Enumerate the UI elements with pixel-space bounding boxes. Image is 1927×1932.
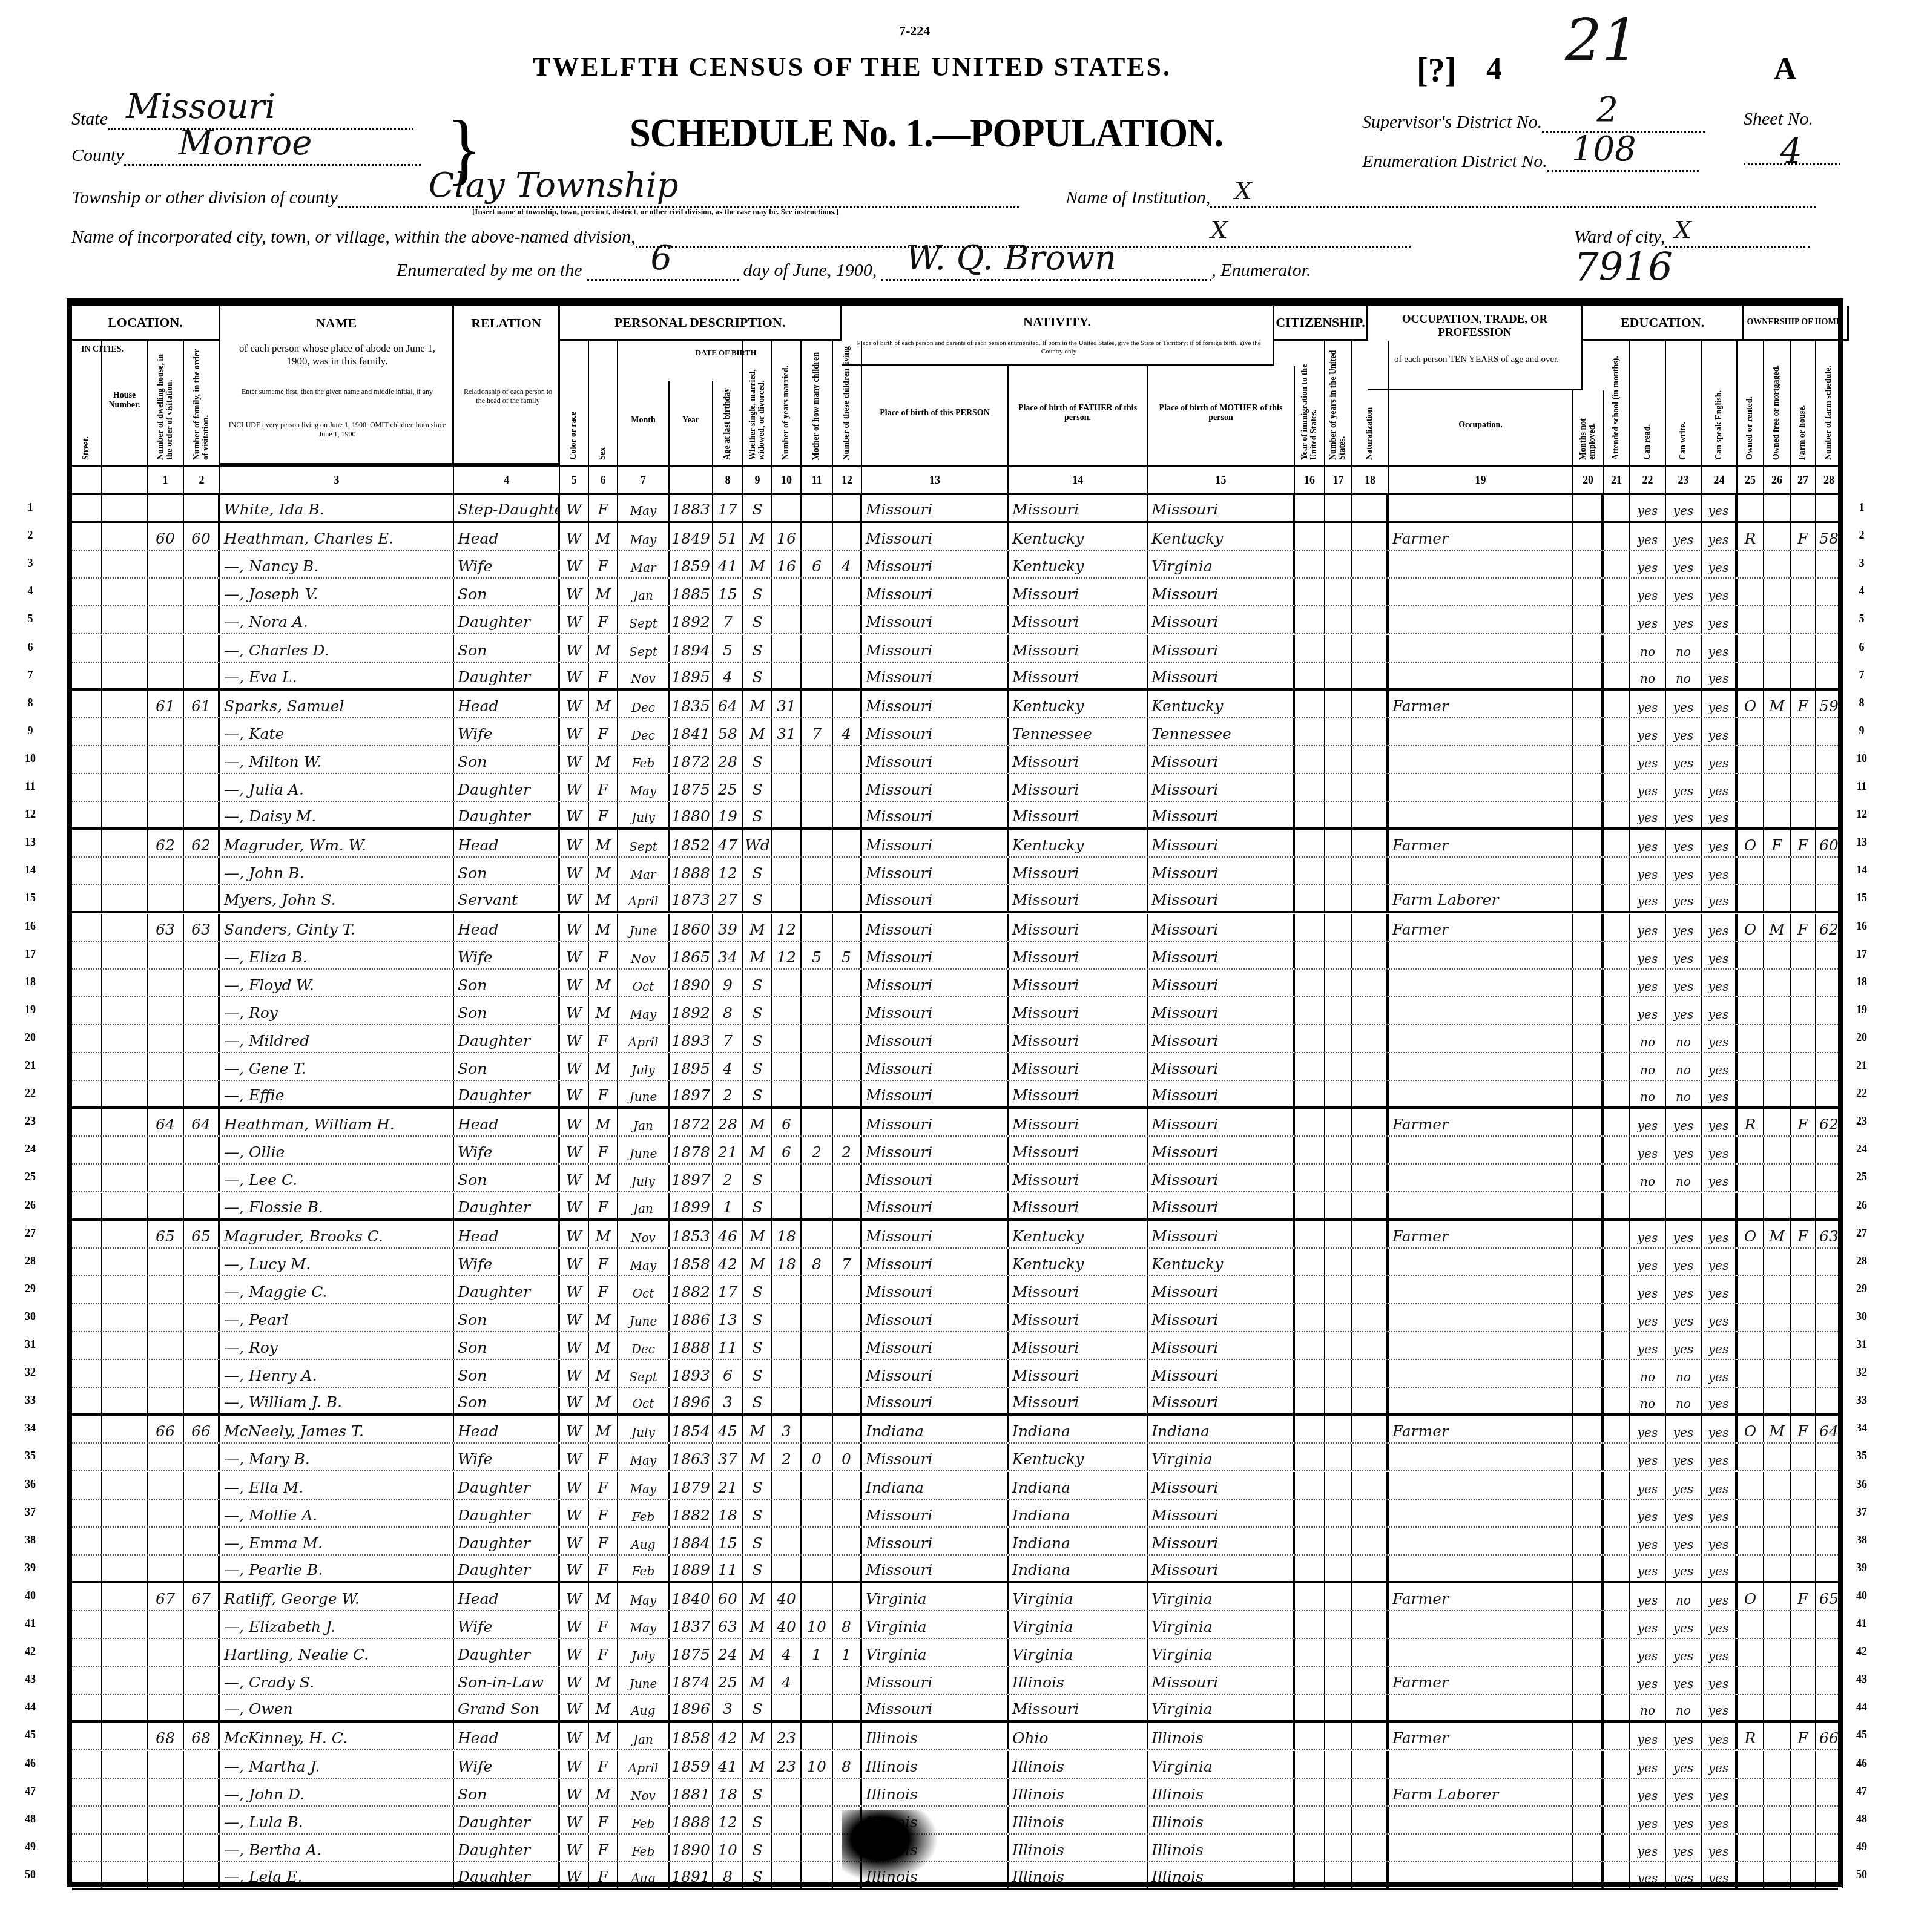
cell-school — [1604, 1751, 1630, 1778]
cell-imm — [1295, 1053, 1325, 1080]
cell-birth-father: Missouri — [1009, 1165, 1148, 1191]
cell-relation: Daughter — [454, 1025, 560, 1052]
table-row: —, RoySonWMMay18928SMissouriMissouriMiss… — [72, 997, 1838, 1025]
cell-dwelling — [148, 942, 184, 968]
cell-owned — [1738, 746, 1764, 773]
cell-not-employed — [1573, 1109, 1604, 1135]
line-number-left: 14 — [18, 864, 42, 876]
sheet-side: A — [1774, 51, 1797, 87]
cell-years-us — [1325, 718, 1352, 745]
cell-farm: F — [1791, 914, 1816, 941]
column-number: 7 — [618, 465, 670, 495]
cell-name: —, Pearl — [220, 1304, 454, 1331]
cell-marital: M — [743, 1444, 772, 1470]
cell-birth-person: Virginia — [862, 1611, 1009, 1638]
cell-relation: Wife — [454, 551, 560, 577]
cell-marital: S — [743, 1807, 772, 1833]
cell-year: 1889 — [670, 1556, 713, 1581]
cell-yrs-married — [772, 1193, 802, 1218]
cell-name: —, Nancy B. — [220, 551, 454, 577]
cell-occupation: Farmer — [1389, 830, 1573, 856]
cell-sex: M — [589, 1053, 618, 1080]
cell-sex: F — [589, 1751, 618, 1778]
cell-month: May — [618, 1444, 670, 1470]
cell-street — [72, 1611, 102, 1638]
line-number-right: 20 — [1850, 1031, 1874, 1044]
cell-year: 1886 — [670, 1304, 713, 1331]
cell-birth-father: Kentucky — [1009, 830, 1148, 856]
column-number: 27 — [1791, 465, 1816, 495]
cell-dwelling — [148, 1472, 184, 1499]
cell-dwelling — [148, 635, 184, 662]
cell-write: yes — [1666, 858, 1702, 884]
cell-race: W — [560, 1332, 589, 1359]
cell-english: yes — [1702, 858, 1738, 884]
cell-marital: S — [743, 1276, 772, 1303]
cell-age: 19 — [713, 802, 743, 827]
cell-name: —, Kate — [220, 718, 454, 745]
cell-street — [72, 1472, 102, 1499]
table-row: White, Ida B.Step-DaughterWFMay188317SMi… — [72, 495, 1838, 523]
table-row: 6868McKinney, H. C.HeadWMJan185842M23Ill… — [72, 1723, 1838, 1750]
cell-mortgage: M — [1764, 1221, 1791, 1247]
column-header-label: Number of farm schedule. — [1824, 366, 1833, 460]
cell-month: Mar — [618, 858, 670, 884]
cell-dwelling — [148, 1025, 184, 1052]
cell-race: W — [560, 1137, 589, 1163]
line-number-left: 38 — [18, 1534, 42, 1546]
column-header-owned: Owned or rented. — [1738, 341, 1764, 465]
cell-street — [72, 663, 102, 688]
cell-name: —, John B. — [220, 858, 454, 884]
cell-mother-of — [802, 1109, 833, 1135]
cell-school — [1604, 774, 1630, 801]
cell-marital: S — [743, 1304, 772, 1331]
cell-sex: M — [589, 1332, 618, 1359]
cell-school — [1604, 1360, 1630, 1387]
cell-yrs-married: 4 — [772, 1667, 802, 1694]
cell-owned — [1738, 1556, 1764, 1581]
group-relation-title: RELATION — [471, 315, 541, 331]
cell-family — [184, 718, 220, 745]
cell-occupation — [1389, 1835, 1573, 1861]
cell-imm — [1295, 1165, 1325, 1191]
cell-farm-sched — [1816, 1528, 1843, 1554]
table-row: 6161Sparks, SamuelHeadWMDec183564M31Miss… — [72, 691, 1838, 718]
cell-english: yes — [1702, 1639, 1738, 1666]
cell-month: June — [618, 1081, 670, 1106]
cell-birth-father: Indiana — [1009, 1528, 1148, 1554]
cell-family — [184, 802, 220, 827]
cell-relation: Son-in-Law — [454, 1667, 560, 1694]
county-label: County — [71, 145, 124, 166]
table-row: —, Floyd W.SonWMOct18909SMissouriMissour… — [72, 970, 1838, 997]
cell-years-us — [1325, 1611, 1352, 1638]
cell-nat — [1352, 942, 1389, 968]
institution-label: Name of Institution, — [1066, 188, 1210, 208]
cell-birth-person: Missouri — [862, 1304, 1009, 1331]
page-number: 21 — [1565, 6, 1639, 74]
column-header-occupation: Occupation. — [1389, 390, 1573, 465]
line-number-right: 5 — [1850, 613, 1874, 625]
cell-sex: M — [589, 914, 618, 941]
line-number-right: 47 — [1850, 1785, 1874, 1798]
enumerator-name: W. Q. Brown — [906, 238, 1116, 278]
cell-marital: M — [743, 1137, 772, 1163]
cell-street — [72, 970, 102, 996]
cell-yrs-married: 18 — [772, 1221, 802, 1247]
column-header-race: Color or race — [560, 341, 589, 465]
cell-mortgage — [1764, 858, 1791, 884]
cell-read: yes — [1630, 1276, 1666, 1303]
cell-mother-of: 10 — [802, 1751, 833, 1778]
cell-race: W — [560, 1053, 589, 1080]
enumerated-day: 6 — [651, 238, 673, 278]
column-header-label: Whether single, married, widowed, or div… — [748, 342, 767, 460]
cell-years-us — [1325, 1500, 1352, 1526]
cell-not-employed — [1573, 1193, 1604, 1218]
cell-read: no — [1630, 663, 1666, 688]
table-row: 6464Heathman, William H.HeadWMJan187228M… — [72, 1109, 1838, 1137]
cell-sex: F — [589, 1500, 618, 1526]
cell-month: Feb — [618, 1556, 670, 1581]
cell-family — [184, 746, 220, 773]
cell-not-employed — [1573, 997, 1604, 1024]
cell-owned — [1738, 1779, 1764, 1805]
cell-age: 34 — [713, 942, 743, 968]
cell-house — [102, 774, 148, 801]
table-row: —, Nancy B.WifeWFMar185941M1664MissouriK… — [72, 551, 1838, 579]
cell-month: Feb — [618, 1500, 670, 1526]
cell-birth-mother: Missouri — [1148, 1332, 1295, 1359]
cell-write: yes — [1666, 1807, 1702, 1833]
cell-birth-mother: Missouri — [1148, 997, 1295, 1024]
cell-years-us — [1325, 1304, 1352, 1331]
cell-not-employed — [1573, 858, 1604, 884]
cell-english: yes — [1702, 1109, 1738, 1135]
cell-dwelling: 62 — [148, 830, 184, 856]
cell-race: W — [560, 914, 589, 941]
line-number-left: 15 — [18, 892, 42, 904]
cell-relation: Head — [454, 914, 560, 941]
cell-mortgage — [1764, 997, 1791, 1024]
cell-sex: M — [589, 1667, 618, 1694]
cell-relation: Daughter — [454, 774, 560, 801]
cell-relation: Daughter — [454, 1472, 560, 1499]
cell-years-us — [1325, 1751, 1352, 1778]
cell-imm — [1295, 1500, 1325, 1526]
cell-street — [72, 830, 102, 856]
cell-house — [102, 997, 148, 1024]
cell-mortgage — [1764, 579, 1791, 605]
cell-not-employed — [1573, 1025, 1604, 1052]
cell-month: April — [618, 1025, 670, 1052]
column-header-read: Can read. — [1630, 341, 1666, 465]
cell-family — [184, 1193, 220, 1218]
cell-birth-father: Missouri — [1009, 746, 1148, 773]
cell-farm-sched: 58 — [1816, 523, 1843, 550]
cell-family — [184, 1304, 220, 1331]
cell-month: Feb — [618, 1835, 670, 1861]
line-number-right: 8 — [1850, 697, 1874, 709]
cell-name: Hartling, Nealie C. — [220, 1639, 454, 1666]
column-header-label: Month — [631, 416, 655, 425]
cell-birth-mother: Missouri — [1148, 1528, 1295, 1554]
cell-birth-father: Missouri — [1009, 495, 1148, 521]
cell-not-employed — [1573, 830, 1604, 856]
cell-school — [1604, 663, 1630, 688]
column-header-label: Attended school (in months). — [1612, 356, 1621, 460]
cell-sex: M — [589, 885, 618, 911]
cell-read: yes — [1630, 830, 1666, 856]
cell-read: yes — [1630, 1416, 1666, 1442]
cell-mortgage — [1764, 1807, 1791, 1833]
cell-occupation — [1389, 635, 1573, 662]
cell-owned — [1738, 1193, 1764, 1218]
cell-name: —, Lucy M. — [220, 1249, 454, 1275]
cell-family — [184, 1249, 220, 1275]
cell-dwelling — [148, 746, 184, 773]
cell-imm — [1295, 1751, 1325, 1778]
cell-house — [102, 942, 148, 968]
table-row: —, John B.SonWMMar188812SMissouriMissour… — [72, 858, 1838, 885]
cell-year: 1858 — [670, 1249, 713, 1275]
cell-month: Dec — [618, 691, 670, 717]
cell-owned — [1738, 1249, 1764, 1275]
cell-occupation — [1389, 942, 1573, 968]
cell-family — [184, 1025, 220, 1052]
cell-year: 1885 — [670, 579, 713, 605]
cell-birth-father: Missouri — [1009, 635, 1148, 662]
cell-race: W — [560, 802, 589, 827]
cell-years-us — [1325, 1528, 1352, 1554]
cell-farm — [1791, 802, 1816, 827]
line-number-left: 43 — [18, 1673, 42, 1686]
cell-name: —, Mary B. — [220, 1444, 454, 1470]
column-header-label: Color or race — [569, 412, 578, 460]
cell-school — [1604, 1611, 1630, 1638]
cell-nat — [1352, 1276, 1389, 1303]
cell-imm — [1295, 1249, 1325, 1275]
column-header-years-us: Number of years in the United States. — [1325, 341, 1352, 465]
cell-yrs-married: 18 — [772, 1249, 802, 1275]
cell-imm — [1295, 718, 1325, 745]
cell-mother-of: 7 — [802, 718, 833, 745]
line-number-left: 37 — [18, 1506, 42, 1519]
cell-read: yes — [1630, 858, 1666, 884]
column-number: 2 — [184, 465, 220, 495]
cell-birth-father: Kentucky — [1009, 1249, 1148, 1275]
cell-farm — [1791, 885, 1816, 911]
cell-race: W — [560, 1611, 589, 1638]
cell-birth-father: Missouri — [1009, 1276, 1148, 1303]
cell-race: W — [560, 746, 589, 773]
line-number-right: 19 — [1850, 1004, 1874, 1016]
cell-street — [72, 1416, 102, 1442]
cell-not-employed — [1573, 1695, 1604, 1720]
cell-school — [1604, 1304, 1630, 1331]
cell-sex: M — [589, 523, 618, 550]
cell-marital: M — [743, 1751, 772, 1778]
cell-yrs-married: 4 — [772, 1639, 802, 1666]
cell-farm-sched: 62 — [1816, 914, 1843, 941]
table-row: —, Mollie A.DaughterWFFeb188218SMissouri… — [72, 1500, 1838, 1528]
cell-house — [102, 858, 148, 884]
group-nativity: NATIVITY. — [842, 306, 1274, 366]
cell-imm — [1295, 1639, 1325, 1666]
cell-imm — [1295, 663, 1325, 688]
cell-farm — [1791, 1835, 1816, 1861]
cell-occupation — [1389, 1751, 1573, 1778]
cell-mother-of — [802, 1779, 833, 1805]
cell-relation: Daughter — [454, 1639, 560, 1666]
cell-month: Jan — [618, 1723, 670, 1749]
stamp-box: [?] — [1417, 51, 1456, 90]
cell-farm-sched — [1816, 1025, 1843, 1052]
line-number-left: 31 — [18, 1338, 42, 1351]
cell-marital: S — [743, 1835, 772, 1861]
cell-birth-mother: Missouri — [1148, 1193, 1295, 1218]
cell-mother-of — [802, 885, 833, 911]
cell-yrs-married — [772, 1835, 802, 1861]
cell-relation: Son — [454, 1360, 560, 1387]
cell-age: 7 — [713, 606, 743, 633]
cell-birth-father: Missouri — [1009, 579, 1148, 605]
cell-occupation — [1389, 1137, 1573, 1163]
table-row: —, Maggie C.DaughterWFOct188217SMissouri… — [72, 1276, 1838, 1304]
cell-age: 39 — [713, 914, 743, 941]
cell-yrs-married — [772, 495, 802, 521]
cell-street — [72, 1500, 102, 1526]
line-number-right: 43 — [1850, 1673, 1874, 1686]
column-header-label: Number of years in the United States. — [1329, 342, 1348, 460]
cell-imm — [1295, 970, 1325, 996]
cell-living — [833, 1556, 862, 1581]
cell-living — [833, 802, 862, 827]
cell-school — [1604, 1388, 1630, 1413]
cell-read: yes — [1630, 1221, 1666, 1247]
cell-birth-mother: Indiana — [1148, 1416, 1295, 1442]
cell-age: 21 — [713, 1472, 743, 1499]
cell-english: yes — [1702, 1695, 1738, 1720]
column-header-label: Naturalization — [1365, 407, 1374, 460]
cell-read: yes — [1630, 523, 1666, 550]
cell-year: 1893 — [670, 1025, 713, 1052]
cell-years-us — [1325, 1193, 1352, 1218]
cell-farm-sched — [1816, 1444, 1843, 1470]
cell-month: Jan — [618, 1109, 670, 1135]
cell-mortgage — [1764, 1332, 1791, 1359]
cell-race: W — [560, 1556, 589, 1581]
cell-write: no — [1666, 1583, 1702, 1610]
cell-owned — [1738, 1528, 1764, 1554]
cell-english: yes — [1702, 1081, 1738, 1106]
cell-month: Nov — [618, 1779, 670, 1805]
cell-age: 46 — [713, 1221, 743, 1247]
cell-birth-father: Missouri — [1009, 1081, 1148, 1106]
cell-house — [102, 970, 148, 996]
cell-house — [102, 691, 148, 717]
cell-read: yes — [1630, 691, 1666, 717]
cell-mortgage — [1764, 1695, 1791, 1720]
cell-dwelling: 65 — [148, 1221, 184, 1247]
cell-years-us — [1325, 1137, 1352, 1163]
cell-english: yes — [1702, 1025, 1738, 1052]
cell-yrs-married: 3 — [772, 1416, 802, 1442]
cell-age: 51 — [713, 523, 743, 550]
cell-read: yes — [1630, 551, 1666, 577]
cell-mother-of — [802, 691, 833, 717]
cell-imm — [1295, 1276, 1325, 1303]
supervisor-label: Supervisor's District No. — [1362, 112, 1542, 133]
line-number-right: 32 — [1850, 1366, 1874, 1379]
cell-english: yes — [1702, 1583, 1738, 1610]
cell-race: W — [560, 1388, 589, 1413]
cell-mortgage — [1764, 1835, 1791, 1861]
cell-birth-father: Illinois — [1009, 1779, 1148, 1805]
cell-sex: F — [589, 1276, 618, 1303]
cell-nat — [1352, 523, 1389, 550]
table-row: —, Milton W.SonWMFeb187228SMissouriMisso… — [72, 746, 1838, 774]
cell-owned — [1738, 1500, 1764, 1526]
line-number-right: 33 — [1850, 1394, 1874, 1407]
cell-relation: Daughter — [454, 802, 560, 827]
cell-farm-sched — [1816, 1332, 1843, 1359]
line-number-right: 28 — [1850, 1255, 1874, 1267]
cell-write: no — [1666, 1388, 1702, 1413]
column-header-label: Sex — [598, 447, 607, 460]
cell-birth-person: Missouri — [862, 1249, 1009, 1275]
cell-farm-sched — [1816, 774, 1843, 801]
cell-marital: S — [743, 663, 772, 688]
cell-name: Magruder, Wm. W. — [220, 830, 454, 856]
column-header-living: Number of these children living — [833, 341, 862, 465]
cell-mother-of — [802, 1053, 833, 1080]
cell-year: 1865 — [670, 942, 713, 968]
cell-house — [102, 1751, 148, 1778]
cell-dwelling — [148, 1639, 184, 1666]
cell-name: —, Gene T. — [220, 1053, 454, 1080]
cell-street — [72, 858, 102, 884]
cell-birth-person: Indiana — [862, 1416, 1009, 1442]
cell-race: W — [560, 970, 589, 996]
cell-write: no — [1666, 635, 1702, 662]
cell-occupation: Farmer — [1389, 523, 1573, 550]
cell-birth-mother: Missouri — [1148, 635, 1295, 662]
cell-living — [833, 1416, 862, 1442]
cell-mother-of — [802, 635, 833, 662]
cell-family: 63 — [184, 914, 220, 941]
cell-street — [72, 997, 102, 1024]
cell-imm — [1295, 1332, 1325, 1359]
cell-imm — [1295, 1109, 1325, 1135]
cell-years-us — [1325, 1276, 1352, 1303]
cell-mother-of: 5 — [802, 942, 833, 968]
cell-relation: Wife — [454, 1751, 560, 1778]
cell-years-us — [1325, 1639, 1352, 1666]
cell-relation: Daughter — [454, 1081, 560, 1106]
cell-birth-father: Missouri — [1009, 858, 1148, 884]
cell-family — [184, 551, 220, 577]
cell-sex: F — [589, 495, 618, 521]
cell-farm — [1791, 1388, 1816, 1413]
cell-not-employed — [1573, 1611, 1604, 1638]
cell-owned — [1738, 1835, 1764, 1861]
column-number: 11 — [802, 465, 833, 495]
cell-name: —, Joseph V. — [220, 579, 454, 605]
column-number — [670, 465, 713, 495]
cell-year: 1888 — [670, 858, 713, 884]
